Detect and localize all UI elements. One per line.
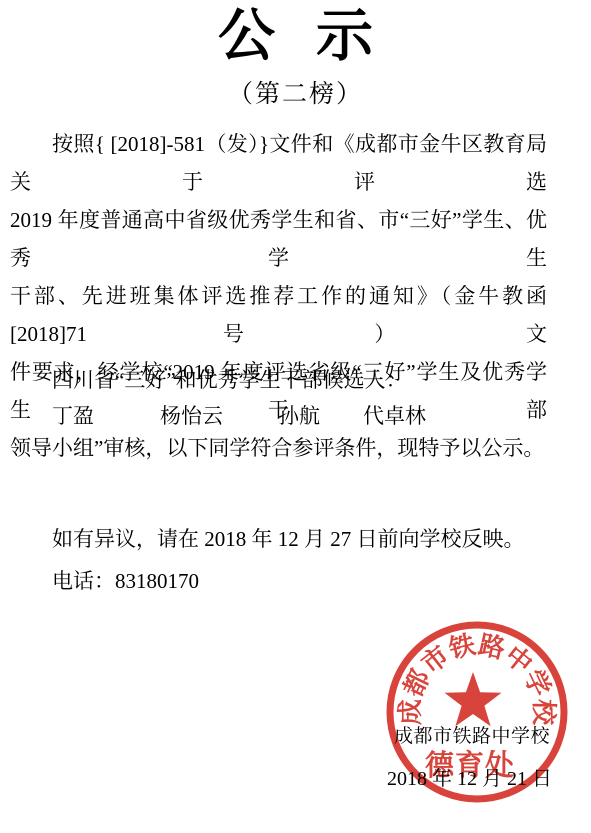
candidate-name: 代卓林 bbox=[363, 404, 426, 428]
objection-notice: 如有异议，请在 2018 年 12 月 27 日前向学校反映。 bbox=[10, 520, 547, 558]
signature-school: 成都市铁路中学校 bbox=[394, 726, 550, 748]
star-icon bbox=[445, 672, 502, 726]
candidate-list: 丁盈杨怡云孙航代卓林 bbox=[52, 397, 571, 435]
paragraph-line-1: 按照{ [2018]-581（发）}文件和《成都市金牛区教育局关于评选 bbox=[10, 125, 547, 201]
page-title: 公示 bbox=[0, 0, 591, 76]
signature-date: 2018 年 12 月 21 日 bbox=[387, 767, 552, 791]
candidate-name: 孙航 bbox=[278, 404, 320, 428]
candidates-heading: 四川省“三好”和优秀学生干部候选人： bbox=[10, 361, 547, 399]
paragraph-line-2: 2019 年度普通高中省级优秀学生和省、市“三好”学生、优秀学生 bbox=[10, 201, 547, 277]
phone-line: 电话：83180170 bbox=[10, 562, 547, 600]
candidate-name: 杨怡云 bbox=[160, 404, 223, 428]
page-subtitle: （第二榜） bbox=[0, 75, 591, 115]
candidate-name: 丁盈 bbox=[52, 404, 94, 428]
paragraph-line-3: 干部、先进班集体评选推荐工作的通知》（金牛教函[2018]71 号）文 bbox=[10, 277, 547, 353]
announcement-document: 公示 （第二榜） 按照{ [2018]-581（发）}文件和《成都市金牛区教育局… bbox=[0, 0, 591, 833]
